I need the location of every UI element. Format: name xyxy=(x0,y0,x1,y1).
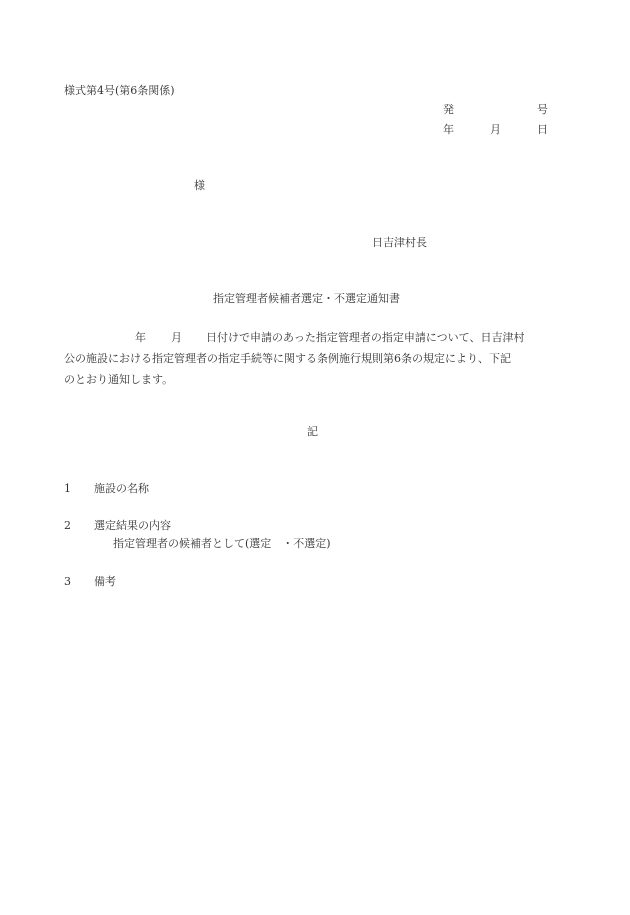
issue-number-prefix: 発 xyxy=(443,103,454,117)
item-1-number: 1 xyxy=(64,482,71,496)
document-page: 様式第4号(第6条関係) 発 号 年 月 日 様 日吉津村長 指定管理者候補者選… xyxy=(0,0,630,915)
item-1-label: 施設の名称 xyxy=(94,482,149,496)
body-month: 月 xyxy=(171,331,182,344)
document-title: 指定管理者候補者選定・不選定通知書 xyxy=(213,292,400,306)
date-month: 月 xyxy=(490,123,501,137)
issue-number-suffix: 号 xyxy=(537,103,548,117)
body-year: 年 xyxy=(135,331,146,344)
ki-heading: 記 xyxy=(307,425,318,439)
recipient-suffix: 様 xyxy=(194,179,205,193)
date-day: 日 xyxy=(537,123,548,137)
body-line-3: のとおり通知します。 xyxy=(64,369,554,390)
form-label: 様式第4号(第6条関係) xyxy=(64,84,175,98)
sender: 日吉津村長 xyxy=(372,236,427,250)
item-2-number: 2 xyxy=(64,519,71,533)
date-year: 年 xyxy=(443,123,454,137)
item-2-detail: 指定管理者の候補者として(選定 ・不選定) xyxy=(113,537,331,551)
body-paragraph: 年月日付けで申請のあった指定管理者の指定申請について、日吉津村 公の施設における… xyxy=(64,327,554,390)
item-2-label: 選定結果の内容 xyxy=(94,519,171,533)
body-line-2: 公の施設における指定管理者の指定手続等に関する条例施行規則第6条の規定により、下… xyxy=(64,348,554,369)
item-3-number: 3 xyxy=(64,575,71,589)
body-line-1: 年月日付けで申請のあった指定管理者の指定申請について、日吉津村 xyxy=(64,327,554,348)
body-line-1-rest: 日付けで申請のあった指定管理者の指定申請について、日吉津村 xyxy=(206,331,524,344)
item-3-label: 備考 xyxy=(94,575,116,589)
